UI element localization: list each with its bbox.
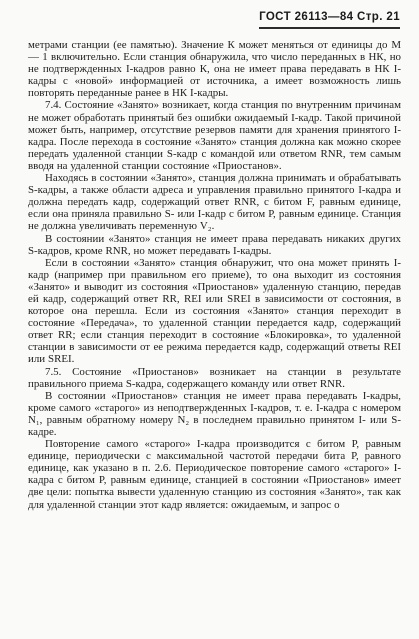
document-body: метрами станции (ее памятью). Значение К… <box>28 39 401 511</box>
paragraph-7-4: 7.4. Состояние «Занято» возникает, когда… <box>28 99 401 172</box>
paragraph: Если в состоянии «Занято» станция обнару… <box>28 257 401 366</box>
running-header: ГОСТ 26113—84 Стр. 21 <box>259 11 400 29</box>
paragraph: В состоянии «Приостанов» станция не имее… <box>28 390 401 438</box>
paragraph-7-5: 7.5. Состояние «Приостанов» возникает на… <box>28 366 401 390</box>
paragraph: Находясь в состоянии «Занято», станция д… <box>28 172 401 232</box>
paragraph: В состоянии «Занято» станция не имеет пр… <box>28 233 401 257</box>
document-page: ГОСТ 26113—84 Стр. 21 метрами станции (е… <box>0 0 419 639</box>
paragraph-continuation: метрами станции (ее памятью). Значение К… <box>28 39 401 99</box>
paragraph: Повторение самого «старого» I-кадра прои… <box>28 438 401 511</box>
